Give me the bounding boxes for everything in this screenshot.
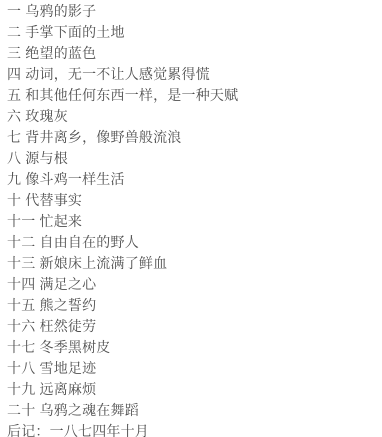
toc-entry-13: 十三 新娘床上流满了鲜血 (7, 253, 376, 274)
toc-entry-6: 六 玫瑰灰 (7, 106, 376, 127)
toc-entry-18: 十八 雪地足迹 (7, 358, 376, 379)
toc-entry-7: 七 背井离乡，像野兽般流浪 (7, 127, 376, 148)
toc-entry-2: 二 手掌下面的土地 (7, 22, 376, 43)
toc-entry-12: 十二 自由自在的野人 (7, 232, 376, 253)
toc-entry-17: 十七 冬季黑树皮 (7, 337, 376, 358)
toc-entry-19: 十九 远离麻烦 (7, 379, 376, 400)
toc-entry-postscript: 后记：一八七四年十月 (7, 421, 376, 437)
toc-entry-8: 八 源与根 (7, 148, 376, 169)
toc-entry-16: 十六 枉然徒劳 (7, 316, 376, 337)
toc-entry-5: 五 和其他任何东西一样，是一种天赋 (7, 85, 376, 106)
toc-entry-1: 一 乌鸦的影子 (7, 1, 376, 22)
toc-entry-3: 三 绝望的蓝色 (7, 43, 376, 64)
toc-entry-10: 十 代替事实 (7, 190, 376, 211)
toc-entry-14: 十四 满足之心 (7, 274, 376, 295)
toc-entry-9: 九 像斗鸡一样生活 (7, 169, 376, 190)
toc-entry-11: 十一 忙起来 (7, 211, 376, 232)
toc-entry-15: 十五 熊之誓约 (7, 295, 376, 316)
toc-entry-20: 二十 乌鸦之魂在舞蹈 (7, 400, 376, 421)
toc-entry-4: 四 动词，无一不让人感觉累得慌 (7, 64, 376, 85)
table-of-contents: 一 乌鸦的影子 二 手掌下面的土地 三 绝望的蓝色 四 动词，无一不让人感觉累得… (0, 0, 382, 437)
